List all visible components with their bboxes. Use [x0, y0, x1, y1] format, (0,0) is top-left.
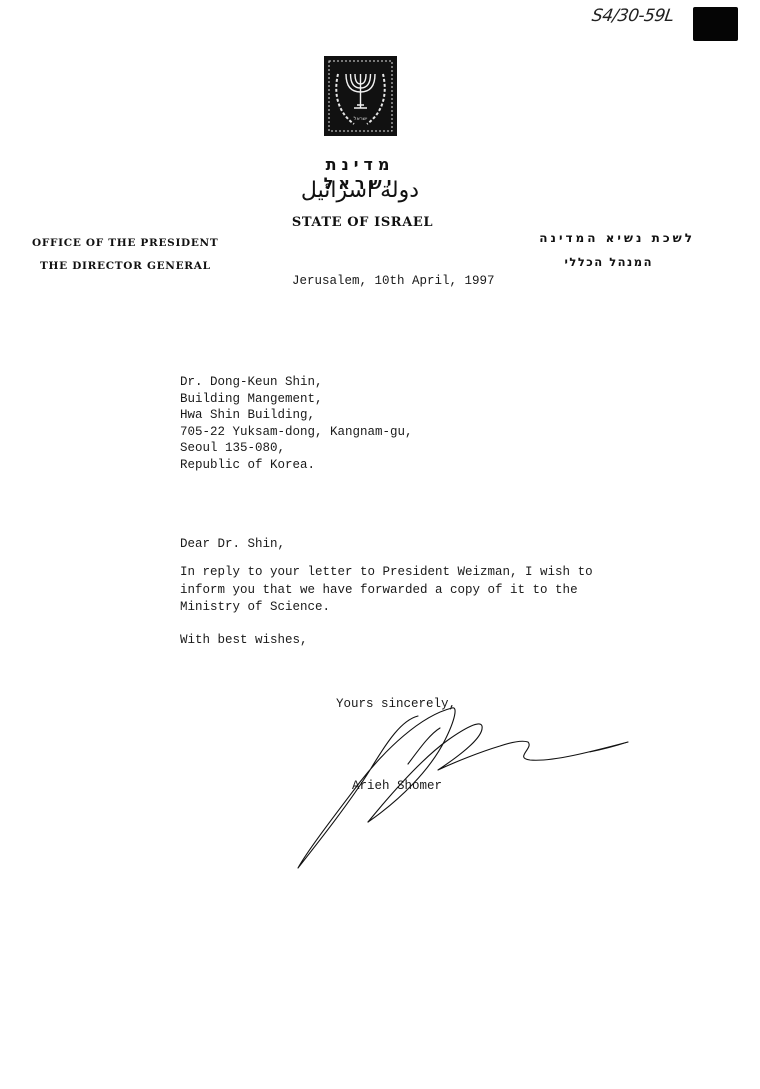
recipient-address: Dr. Dong-Keun Shin, Building Mangement, … — [180, 374, 413, 473]
reference-number: S4/30-59L — [591, 6, 676, 26]
address-line: Hwa Shin Building, — [180, 407, 413, 424]
address-line: 705-22 Yuksam-dong, Kangnam-gu, — [180, 424, 413, 441]
salutation: Dear Dr. Shin, — [180, 536, 285, 553]
body-line: In reply to your letter to President Wei… — [180, 564, 630, 582]
arabic-state-title: دولة اسرائيل — [285, 178, 435, 203]
director-general-label: THE DIRECTOR GENERAL — [40, 260, 211, 272]
address-line: Seoul 135-080, — [180, 440, 413, 457]
handwritten-signature — [290, 690, 640, 880]
hebrew-office-label: לשכת נשיא המדינה — [510, 231, 695, 245]
address-line: Dr. Dong-Keun Shin, — [180, 374, 413, 391]
emblem-of-israel-icon: ישראל — [324, 56, 397, 136]
address-line: Republic of Korea. — [180, 457, 413, 474]
hebrew-director-label: המנהל הכללי — [540, 255, 653, 269]
english-state-title: STATE OF ISRAEL — [280, 215, 445, 230]
redaction-box — [693, 7, 738, 41]
svg-text:ישראל: ישראל — [354, 116, 368, 122]
signoff: Yours sincerely, — [336, 696, 456, 713]
office-of-president-label: OFFICE OF THE PRESIDENT — [32, 237, 218, 249]
body-paragraph: In reply to your letter to President Wei… — [180, 564, 630, 617]
signatory-name: Arieh Shomer — [352, 778, 442, 795]
closing-wishes: With best wishes, — [180, 632, 308, 649]
body-line: inform you that we have forwarded a copy… — [180, 582, 630, 600]
address-line: Building Mangement, — [180, 391, 413, 408]
body-line: Ministry of Science. — [180, 599, 630, 617]
date-line: Jerusalem, 10th April, 1997 — [292, 273, 495, 290]
